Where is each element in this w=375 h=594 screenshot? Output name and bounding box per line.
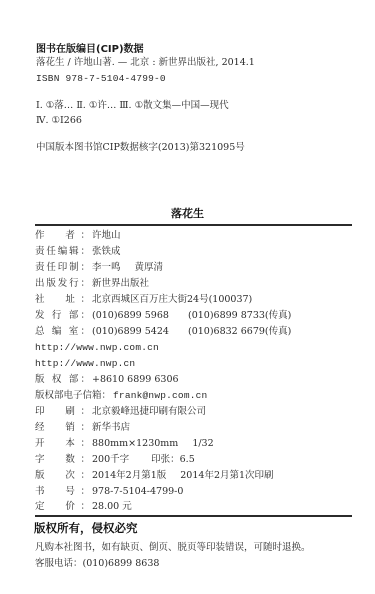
cip-classification-line-2: Ⅳ. ①I266 [36, 114, 82, 128]
row-distribution-dept: 发 行 部： (010)6899 5968 (010)6899 8733(传真) [35, 309, 291, 323]
value-editorial-fax: (010)6832 6679(传真) [188, 325, 291, 339]
value-address: 北京西城区百万庄大街24号(100037) [92, 293, 252, 307]
label-printer: 印 刷： [35, 405, 90, 419]
row-publisher: 出版发行： 新世界出版社 [35, 277, 149, 291]
value-book-number: 978-7-5104-4799-0 [92, 485, 183, 499]
value-publisher: 新世界出版社 [92, 277, 149, 291]
row-copyright-email: 版权部电子信箱： frank@nwp.com.cn [35, 389, 207, 403]
url-2[interactable]: http://www.nwp.cn [35, 357, 135, 371]
label-editorial-office: 总 编 室： [35, 325, 90, 339]
value-edition: 2014年2月第1版 [92, 469, 166, 483]
cip-classification-line-1: Ⅰ. ①落… Ⅱ. ①许… Ⅲ. ①散文集—中国—现代 [36, 99, 229, 113]
value-author: 许地山 [92, 229, 121, 243]
book-title: 落花生 [0, 205, 375, 221]
cip-isbn: ISBN 978-7-5104-4799-0 [36, 72, 166, 86]
url-1[interactable]: http://www.nwp.com.cn [35, 341, 159, 355]
rights-heading: 版权所有，侵权必究 [34, 520, 138, 536]
row-price: 定 价： 28.00 元 [35, 500, 132, 514]
row-print-supervisor: 责任印制： 李一鸣 黄厚清 [35, 261, 163, 275]
value-format-fold: 1/32 [192, 437, 213, 451]
row-editorial-office: 总 编 室： (010)6899 5424 (010)6832 6679(传真) [35, 325, 291, 339]
label-copyright-dept: 版 权 部： [35, 373, 90, 387]
label-price: 定 价： [35, 500, 90, 514]
value-printed-sheets: 印张：6.5 [151, 453, 195, 467]
value-distribution-phone: (010)6899 5968 [92, 309, 188, 323]
label-print-supervisor: 责任印制： [35, 261, 90, 275]
value-copyright-phone: +8610 6899 6306 [92, 373, 179, 387]
value-distributor: 新华书店 [92, 421, 130, 435]
cip-heading: 图书在版编目(CIP)数据 [36, 40, 144, 55]
value-word-count: 200千字 [92, 453, 129, 467]
value-price: 28.00 元 [92, 500, 132, 514]
row-author: 作 者： 许地山 [35, 229, 121, 243]
cip-bibliographic-line: 落花生 / 许地山著. — 北京 : 新世界出版社, 2014.1 [36, 56, 255, 70]
row-copyright-dept: 版 权 部： +8610 6899 6306 [35, 373, 179, 387]
row-editor: 责任编辑： 张铁成 [35, 245, 121, 259]
value-print-supervisor-1: 李一鸣 [92, 261, 121, 275]
label-book-number: 书 号： [35, 485, 90, 499]
label-publisher: 出版发行： [35, 277, 90, 291]
value-printing: 2014年2月第1次印刷 [180, 469, 273, 483]
divider-bottom [35, 515, 352, 517]
cip-verification-number: 中国版本图书馆CIP数据核字(2013)第321095号 [36, 141, 245, 155]
label-distributor: 经 销： [35, 421, 90, 435]
value-distribution-fax: (010)6899 8733(传真) [188, 309, 291, 323]
row-word-count: 字 数： 200千字 印张：6.5 [35, 453, 195, 467]
label-format: 开 本： [35, 437, 90, 451]
value-editor: 张铁成 [92, 245, 121, 259]
label-author: 作 者： [35, 229, 90, 243]
customer-service-phone: 客服电话：(010)6899 8638 [35, 557, 159, 571]
return-policy-notice: 凡购本社图书，如有缺页、倒页、脱页等印装错误，可随时退换。 [35, 541, 311, 555]
value-copyright-email[interactable]: frank@nwp.com.cn [113, 389, 207, 403]
row-address: 社 址： 北京西城区百万庄大街24号(100037) [35, 293, 252, 307]
value-editorial-phone: (010)6899 5424 [92, 325, 188, 339]
row-book-number: 书 号： 978-7-5104-4799-0 [35, 485, 183, 499]
label-copyright-email: 版权部电子信箱： [35, 389, 111, 403]
label-editor: 责任编辑： [35, 245, 90, 259]
row-format: 开 本： 880mm×1230mm 1/32 [35, 437, 214, 451]
value-printer: 北京毅峰迅捷印刷有限公司 [92, 405, 206, 419]
row-edition: 版 次： 2014年2月第1版 2014年2月第1次印刷 [35, 469, 274, 483]
label-address: 社 址： [35, 293, 90, 307]
label-distribution-dept: 发 行 部： [35, 309, 90, 323]
value-format-size: 880mm×1230mm [92, 437, 178, 451]
row-printer: 印 刷： 北京毅峰迅捷印刷有限公司 [35, 405, 206, 419]
row-distributor: 经 销： 新华书店 [35, 421, 130, 435]
value-print-supervisor-2: 黄厚清 [135, 261, 164, 275]
label-word-count: 字 数： [35, 453, 90, 467]
divider-top [35, 224, 352, 226]
label-edition: 版 次： [35, 469, 90, 483]
